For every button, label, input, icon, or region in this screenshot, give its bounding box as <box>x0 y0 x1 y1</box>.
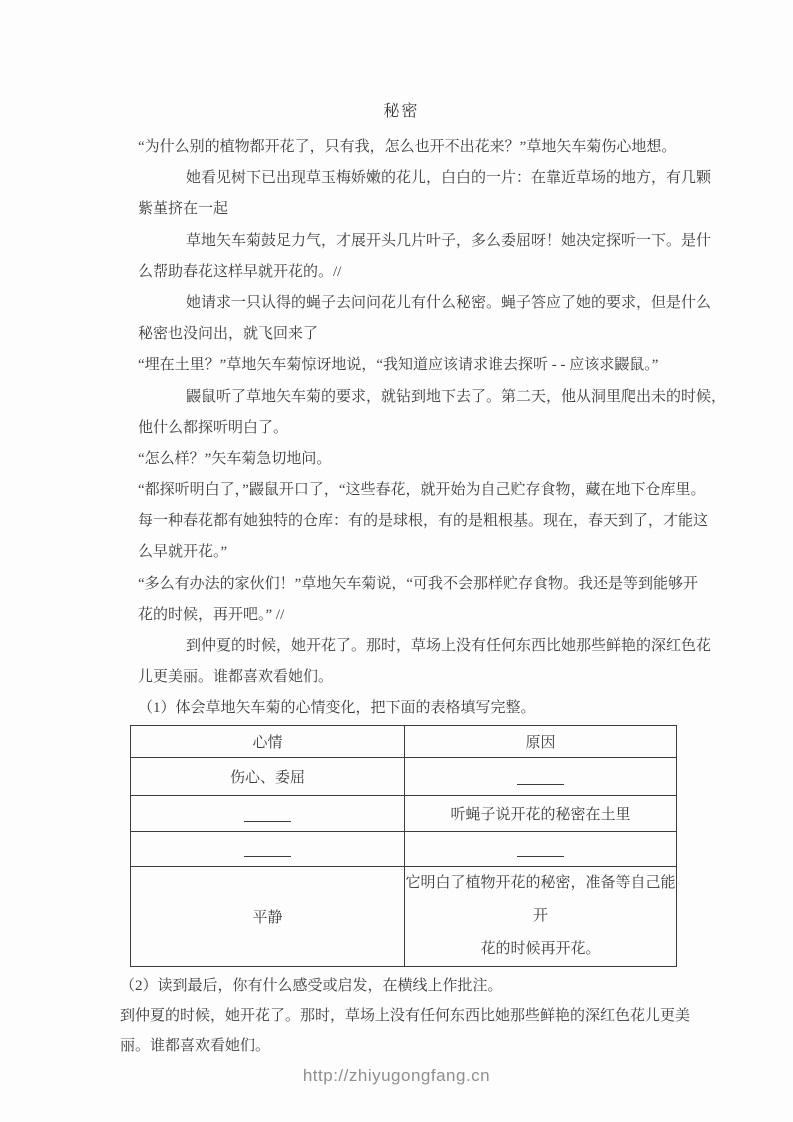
passage-line: 她看见树下已出现草玉梅娇嫩的花儿，白白的一片：在靠近草场的地方，有几颗 <box>138 163 683 194</box>
reason-cell: 它明白了植物开花的秘密，准备等自己能开 花的时候再开花。 <box>405 866 677 966</box>
table-row <box>131 831 677 866</box>
answer-blank <box>244 808 291 822</box>
passage-line: 每一种春花都有她独特的仓库：有的是球根，有的是粗根基。现在，春天到了，才能这 <box>138 506 683 537</box>
passage-line: 紫堇挤在一起 <box>138 194 683 225</box>
answer-blank <box>244 843 291 857</box>
passage-line: “为什么别的植物都开花了，只有我，怎么也开不出花来？”草地矢车菊伤心地想。 <box>138 132 683 163</box>
table-header-mood: 心情 <box>131 725 405 757</box>
passage-line: 么早就开花。” <box>138 537 683 568</box>
content-area: 秘密 “为什么别的植物都开花了，只有我，怎么也开不出花来？”草地矢车菊伤心地想。… <box>0 0 793 1061</box>
reason-line: 它明白了植物开花的秘密，准备等自己能开 <box>405 867 676 933</box>
passage-title: 秘密 <box>120 96 683 128</box>
mood-cell: 平静 <box>131 866 405 966</box>
passage-line: “都探听明白了，”鼹鼠开口了，“这些春花，就开始为自己贮存食物，藏在地下仓库里。 <box>138 475 683 506</box>
mood-table: 心情 原因 伤心、委屈 听蝇子说开花的秘密在土里 平静 <box>130 725 677 967</box>
document-page: 秘密 “为什么别的植物都开花了，只有我，怎么也开不出花来？”草地矢车菊伤心地想。… <box>0 0 793 1122</box>
closing-line: 到仲夏的时候，她开花了。那时，草场上没有任何东西比她那些鲜艳的深红色花儿更美 <box>120 1001 683 1031</box>
mood-cell: 伤心、委屈 <box>131 757 405 795</box>
bottom-section: （2）读到最后，你有什么感受或启发，在横线上作批注。 到仲夏的时候，她开花了。那… <box>120 971 683 1061</box>
passage-line: “多么有办法的家伙们！”草地矢车菊说，“可我不会那样贮存食物。我还是等到能够开 <box>138 569 683 600</box>
passage-line: 草地矢车菊鼓足力气，才展开头几片叶子，多么委屈呀！她决定探听一下。是什 <box>138 226 683 257</box>
passage-line: 到仲夏的时候，她开花了。那时，草场上没有任何东西比她那些鲜艳的深红色花 <box>138 631 683 662</box>
closing-line: 丽。谁都喜欢看她们。 <box>120 1031 683 1061</box>
mood-cell <box>131 831 405 866</box>
question-2-label: （2）读到最后，你有什么感受或启发，在横线上作批注。 <box>120 971 683 1001</box>
table-header-reason: 原因 <box>405 725 677 757</box>
table-row: 听蝇子说开花的秘密在土里 <box>131 795 677 831</box>
passage-line: 么帮助春花这样早就开花的。// <box>138 257 683 288</box>
reason-cell: 听蝇子说开花的秘密在土里 <box>405 795 677 831</box>
passage-line: “怎么样？”矢车菊急切地问。 <box>138 444 683 475</box>
reason-cell <box>405 757 677 795</box>
passage-line: “埋在土里？”草地矢车菊惊讶地说，“我知道应该请求谁去探听 - - 应该求鼹鼠。… <box>138 350 683 381</box>
passage-line: 秘密也没问出，就飞回来了 <box>138 319 683 350</box>
question-1-label: （1）体会草地矢车菊的心情变化，把下面的表格填写完整。 <box>138 693 683 724</box>
passage-line: 她请求一只认得的蝇子去问问花儿有什么秘密。蝇子答应了她的要求，但是什么 <box>138 288 683 319</box>
passage-line: 鼹鼠听了草地矢车菊的要求，就钻到地下去了。第二天，他从洞里爬出未的时候， <box>138 382 683 413</box>
table-row: 平静 它明白了植物开花的秘密，准备等自己能开 花的时候再开花。 <box>131 866 677 966</box>
answer-blank <box>517 771 564 785</box>
answer-blank <box>517 843 564 857</box>
footer-url: http://zhiyugongfang.cn <box>0 1066 793 1086</box>
table-header-row: 心情 原因 <box>131 725 677 757</box>
reason-cell <box>405 831 677 866</box>
passage-line: 儿更美丽。谁都喜欢看她们。 <box>138 662 683 693</box>
passage-line: 他什么都探听明白了。 <box>138 413 683 444</box>
reason-line: 花的时候再开花。 <box>405 933 676 966</box>
reading-passage: “为什么别的植物都开花了，只有我，怎么也开不出花来？”草地矢车菊伤心地想。 她看… <box>138 132 683 725</box>
passage-line: 花的时候，再开吧。” // <box>138 600 683 631</box>
table-row: 伤心、委屈 <box>131 757 677 795</box>
mood-cell <box>131 795 405 831</box>
